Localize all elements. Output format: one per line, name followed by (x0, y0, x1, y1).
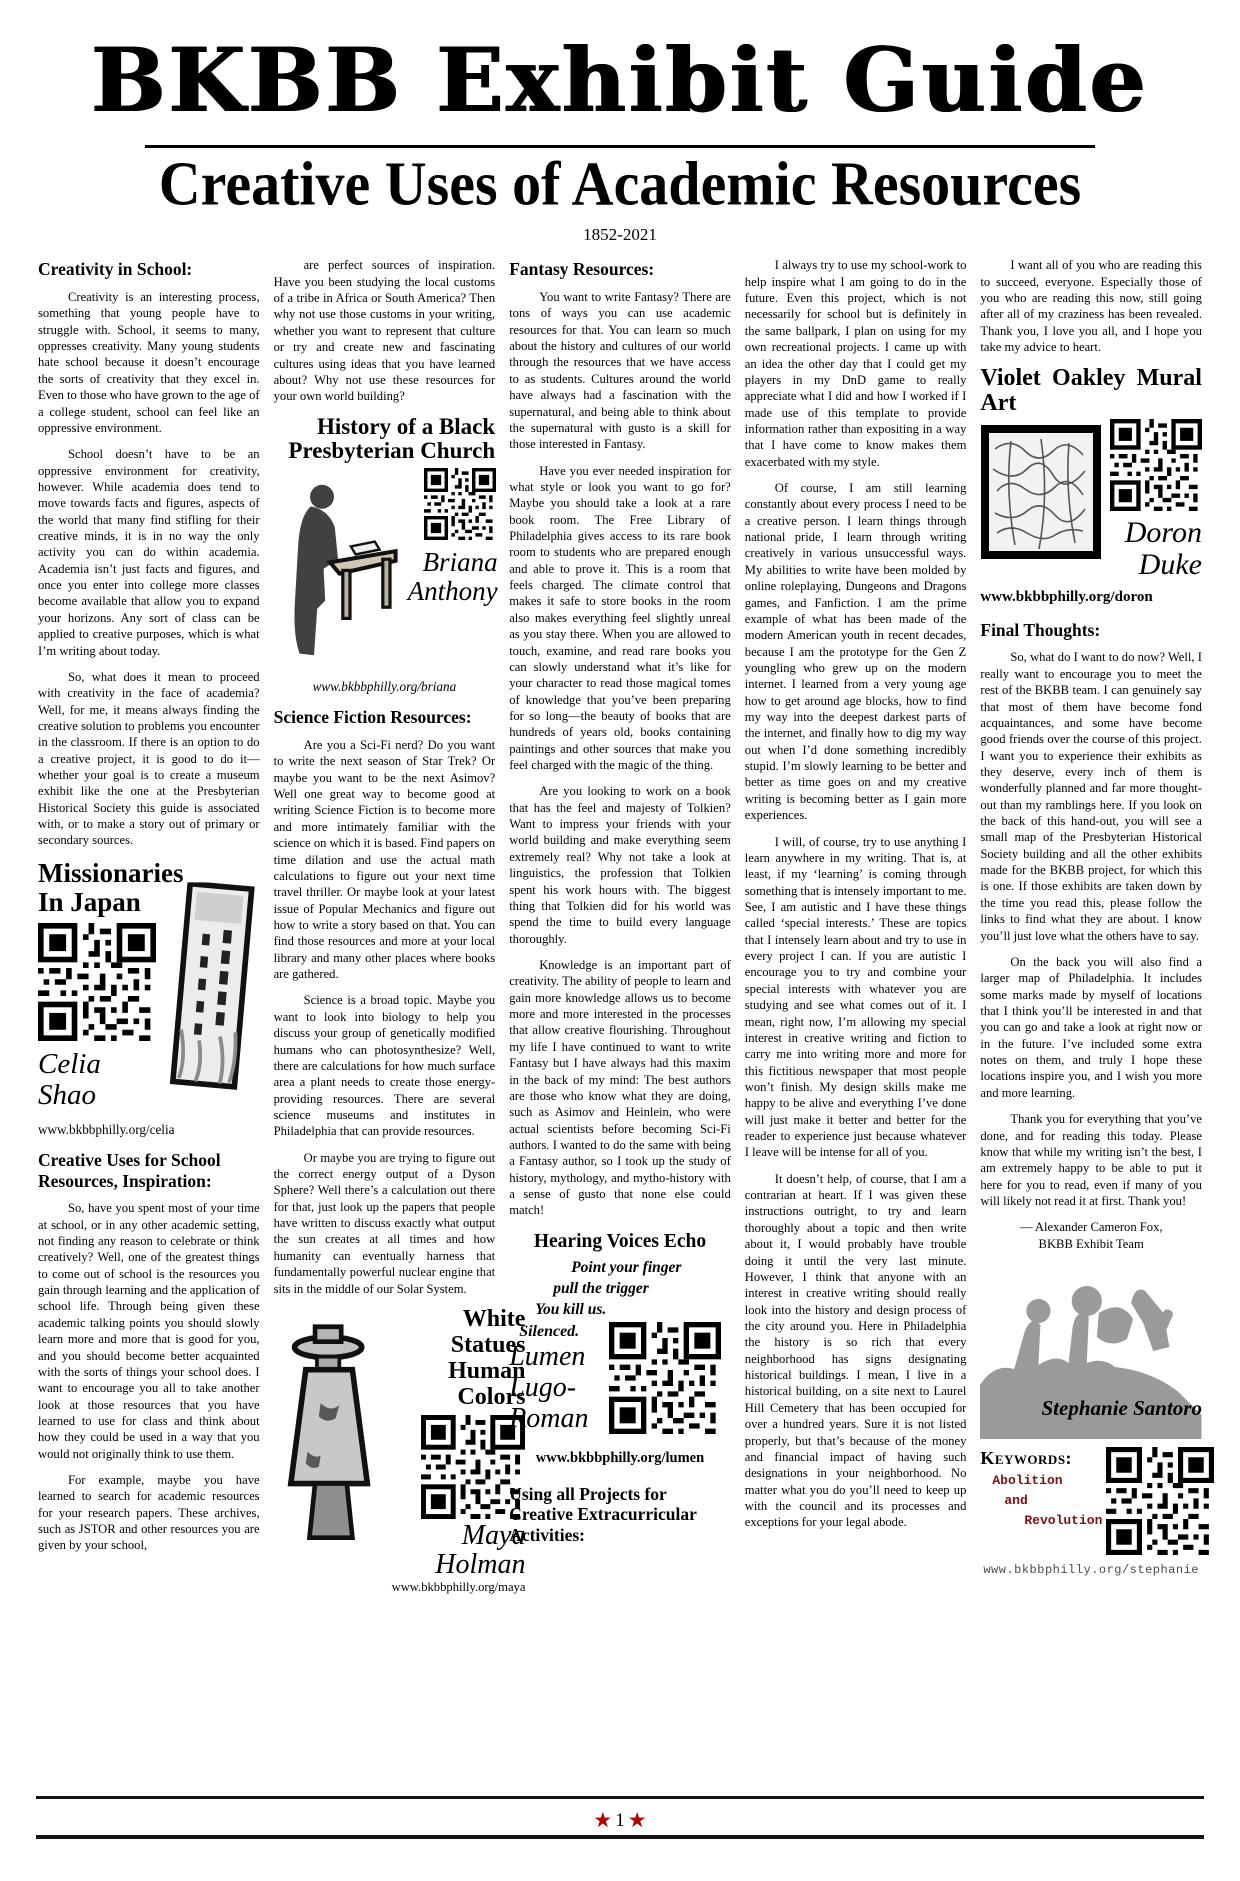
person-at-writing-desk-illustration (274, 464, 402, 672)
mural-engraving-photo (980, 425, 1102, 559)
japanese-church-sign-photo (166, 859, 260, 1121)
qr-code-icon (1106, 1447, 1214, 1555)
exhibit-title: Hearing Voices Echo (509, 1229, 731, 1254)
article-paragraph: I always try to use my school-work to he… (745, 257, 967, 470)
exhibit-violet-oakley-mural-art: Violet Oakley Mural Art Doron Duke www.b… (980, 366, 1202, 608)
page-number-value: 1 (612, 1810, 628, 1831)
section-heading-creativity: Creativity in School: (38, 259, 260, 280)
newspaper-page: BKBB Exhibit Guide Creative Uses of Acad… (0, 0, 1240, 1881)
exhibit-history-black-presbyterian-church: History of a Black Presbyterian Church B… (274, 415, 496, 696)
article-paragraph: I want all of you who are reading this t… (980, 257, 1202, 355)
exhibit-title: Violet Oakley Mural Art (980, 366, 1202, 418)
footer-divider-bottom (36, 1835, 1204, 1839)
article-paragraph: Creativity is an interesting process, so… (38, 289, 260, 436)
article-paragraph: Are you a Sci-Fi nerd? Do you want to wr… (274, 737, 496, 982)
column-3: Fantasy Resources: You want to write Fan… (509, 257, 731, 1773)
article-paragraph: I will, of course, try to use anything I… (745, 834, 967, 1161)
article-paragraph: Have you ever needed inspiration for wha… (509, 463, 731, 774)
exhibit-title: White Statues Human Colors (392, 1307, 526, 1411)
date-range: 1852-2021 (0, 225, 1240, 245)
article-paragraph: You want to write Fantasy? There are ton… (509, 289, 731, 453)
article-signature: — Alexander Cameron Fox, BKBB Exhibit Te… (980, 1219, 1202, 1253)
column-1: Creativity in School: Creativity is an i… (38, 257, 260, 1773)
column-4: I always try to use my school-work to he… (745, 257, 967, 1773)
signature-team: BKBB Exhibit Team (1039, 1237, 1144, 1251)
section-heading-final-thoughts: Final Thoughts: (980, 620, 1202, 641)
exhibit-url: www.bkbbphilly.org/stephanie (980, 1563, 1202, 1579)
page-number: ★1★ (0, 1808, 1240, 1833)
column-layout: Creativity in School: Creativity is an i… (0, 245, 1240, 1773)
exhibit-author: Maya Holman (392, 1521, 526, 1580)
article-paragraph: Of course, I am still learning constantl… (745, 480, 967, 824)
article-paragraph: Knowledge is an important part of creati… (509, 957, 731, 1219)
article-paragraph: On the back you will also find a larger … (980, 954, 1202, 1101)
section-heading-fantasy: Fantasy Resources: (509, 259, 731, 280)
poem-line: You kill us. (535, 1300, 731, 1321)
column-2: are perfect sources of inspiration. Have… (274, 257, 496, 1773)
exhibit-url: www.bkbbphilly.org/briana (274, 678, 496, 695)
article-paragraph: are perfect sources of inspiration. Have… (274, 257, 496, 404)
column-5: I want all of you who are reading this t… (980, 257, 1202, 1773)
section-heading-using-projects: Using all Projects for Creative Extracur… (509, 1484, 731, 1546)
exhibit-url: www.bkbbphilly.org/celia (38, 1121, 260, 1138)
keyword: and (1004, 1491, 1102, 1511)
footer-divider-top (36, 1796, 1204, 1799)
article-paragraph: It doesn’t help, of course, that I am a … (745, 1171, 967, 1531)
page-headline: Creative Uses of Academic Resources (0, 152, 1240, 216)
keyword: Revolution (1024, 1511, 1102, 1531)
star-icon: ★ (593, 1808, 612, 1832)
article-paragraph: Or maybe you are trying to figure out th… (274, 1150, 496, 1297)
qr-code-icon (609, 1322, 721, 1434)
exhibit-white-statues-human-colors: White Statues Human Colors Maya Holman w… (274, 1307, 496, 1596)
qr-code-icon (424, 468, 496, 540)
exhibit-hearing-voices-echo: Hearing Voices Echo Point your finger pu… (509, 1229, 731, 1468)
poem-line: pull the trigger (553, 1279, 731, 1300)
exhibit-url: www.bkbbphilly.org/doron (980, 588, 1202, 608)
section-heading-scifi: Science Fiction Resources: (274, 707, 496, 728)
exhibit-url: www.bkbbphilly.org/maya (392, 1579, 526, 1595)
exhibit-author: Celia Shao (38, 1049, 160, 1110)
article-paragraph: Are you looking to work on a book that h… (509, 783, 731, 947)
exhibit-url: www.bkbbphilly.org/lumen (509, 1449, 731, 1468)
qr-code-icon (1110, 419, 1202, 511)
article-paragraph: So, what do I want to do now? Well, I re… (980, 649, 1202, 943)
section-heading-resources: Creative Uses for School Resources, Insp… (38, 1150, 260, 1191)
exhibit-author: Lumen Lugo-Roman (509, 1342, 605, 1434)
exhibit-author: Briana Anthony (408, 548, 498, 605)
article-paragraph: So, have you spent most of your time at … (38, 1200, 260, 1462)
poem-line: Point your finger (571, 1258, 731, 1279)
exhibit-stephanie-santoro: Stephanie Santoro Keywords: Abolition an… (980, 1267, 1202, 1579)
star-icon: ★ (628, 1808, 647, 1832)
article-paragraph: For example, maybe you have learned to s… (38, 1472, 260, 1554)
masthead: BKBB Exhibit Guide Creative Uses of Acad… (0, 0, 1240, 245)
signature-author: — Alexander Cameron Fox, (1020, 1220, 1163, 1234)
article-paragraph: Science is a broad topic. Maybe you want… (274, 992, 496, 1139)
article-paragraph: So, what does it mean to proceed with cr… (38, 669, 260, 849)
exhibit-author: Stephanie Santoro (980, 1395, 1202, 1422)
exhibit-missionaries-in-japan: Missionaries In Japan Celia Shao www.bkb… (38, 859, 260, 1138)
exhibit-title: History of a Black Presbyterian Church (274, 415, 496, 465)
qr-code-icon (38, 923, 156, 1041)
exhibit-title: Missionaries In Japan (38, 859, 160, 917)
keyword: Abolition (992, 1471, 1102, 1491)
article-paragraph: Thank you for everything that you’ve don… (980, 1111, 1202, 1209)
paper-title: BKBB Exhibit Guide (0, 30, 1240, 131)
exhibit-author: Doron Duke (1108, 517, 1202, 580)
statue-with-hat-photo (274, 1307, 386, 1549)
article-paragraph: School doesn’t have to be an oppressive … (38, 446, 260, 659)
keywords-label: Keywords: (980, 1447, 1102, 1470)
